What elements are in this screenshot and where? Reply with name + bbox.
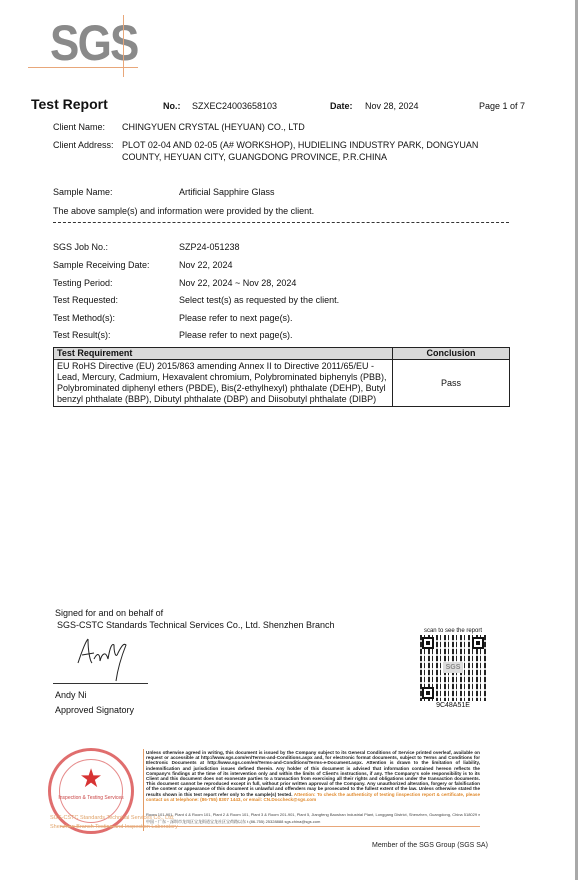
star-icon: ★ xyxy=(51,765,131,791)
detail-value: Nov 22, 2024 ~ Nov 28, 2024 xyxy=(179,277,296,289)
client-address-label: Client Address: xyxy=(53,139,114,151)
detail-label: Testing Period: xyxy=(53,277,113,289)
qr-center-logo: SGS xyxy=(443,662,463,673)
signatory-title: Approved Signatory xyxy=(55,704,134,716)
column-header-conclusion: Conclusion xyxy=(393,348,510,360)
sgs-group-membership: Member of the SGS Group (SGS SA) xyxy=(372,842,488,849)
detail-label: Test Requested: xyxy=(53,294,118,306)
sample-name-label: Sample Name: xyxy=(53,186,113,198)
qr-code-icon[interactable]: SGS xyxy=(420,635,486,701)
disclaimer-text: Unless otherwise agreed in writing, this… xyxy=(146,750,480,797)
detail-value: Nov 22, 2024 xyxy=(179,259,233,271)
requirement-cell: EU RoHS Directive (EU) 2015/863 amending… xyxy=(54,360,393,407)
detail-value: SZP24-051238 xyxy=(179,241,240,253)
logo-vertical-rule xyxy=(123,15,124,77)
signatory-name: Andy Ni xyxy=(55,689,87,701)
detail-value: Select test(s) as requested by the clien… xyxy=(179,294,339,306)
detail-label: Sample Receiving Date: xyxy=(53,259,150,271)
report-date-value: Nov 28, 2024 xyxy=(365,101,419,111)
qr-block: scan to see the report SGS 9C48A51E xyxy=(418,628,488,709)
sgs-logo-text: SGS xyxy=(50,17,138,69)
report-title: Test Report xyxy=(31,96,108,112)
client-address-line2: COUNTY, HEYUAN CITY, GUANGDONG PROVINCE,… xyxy=(122,151,387,163)
client-address-line1: PLOT 02-04 AND 02-05 (A# WORKSHOP), HUDI… xyxy=(122,139,478,151)
address-english: Room 101-901, Plant 4 & Room 101, Plant … xyxy=(146,811,480,818)
report-date-label: Date: xyxy=(330,101,353,111)
column-header-requirement: Test Requirement xyxy=(54,348,393,360)
report-no-label: No.: xyxy=(163,101,181,111)
conclusion-cell: Pass xyxy=(393,360,510,407)
handwritten-signature-icon xyxy=(72,633,132,683)
table-header-row: Test Requirement Conclusion xyxy=(54,348,510,360)
footer-address: Room 101-901, Plant 4 & Room 101, Plant … xyxy=(146,811,480,825)
signing-company: SGS-CSTC Standards Technical Services Co… xyxy=(57,619,334,631)
detail-value: Please refer to next page(s). xyxy=(179,329,293,341)
table-row: EU RoHS Directive (EU) 2015/863 amending… xyxy=(54,360,510,407)
qr-finder-icon xyxy=(422,687,434,699)
qr-finder-icon xyxy=(472,637,484,649)
footer-horizontal-rule xyxy=(60,826,480,827)
qr-verification-code: 9C48A51E xyxy=(418,702,488,709)
client-name-label: Client Name: xyxy=(53,121,105,133)
logo-horizontal-rule xyxy=(28,67,138,68)
qr-finder-icon xyxy=(422,637,434,649)
detail-label: Test Method(s): xyxy=(53,312,115,324)
sample-name-value: Artificial Sapphire Glass xyxy=(179,186,275,198)
dashed-separator xyxy=(53,222,509,223)
page-indicator: Page 1 of 7 xyxy=(479,101,525,111)
test-requirement-table: Test Requirement Conclusion EU RoHS Dire… xyxy=(53,347,510,407)
detail-label: Test Result(s): xyxy=(53,329,111,341)
signed-for-text: Signed for and on behalf of xyxy=(55,607,163,619)
detail-label: SGS Job No.: xyxy=(53,241,108,253)
footer-vertical-rule xyxy=(143,749,144,831)
qr-caption: scan to see the report xyxy=(418,628,488,634)
sample-provided-note: The above sample(s) and information were… xyxy=(53,205,314,217)
signature-line xyxy=(53,683,148,684)
detail-value: Please refer to next page(s). xyxy=(179,312,293,324)
report-no-value: SZXEC24003658103 xyxy=(192,101,277,111)
client-name-value: CHINGYUEN CRYSTAL (HEYUAN) CO., LTD xyxy=(122,121,305,133)
sgs-logo: SGS xyxy=(28,15,140,77)
stamp-inner-text: Inspection & Testing Services xyxy=(51,795,131,802)
legal-disclaimer: Unless otherwise agreed in writing, this… xyxy=(146,750,480,802)
address-chinese: 中国・广东・深圳市龙岗区宝龙街道宝龙社区宝荷路以东 t (86-755) 253… xyxy=(146,818,480,825)
